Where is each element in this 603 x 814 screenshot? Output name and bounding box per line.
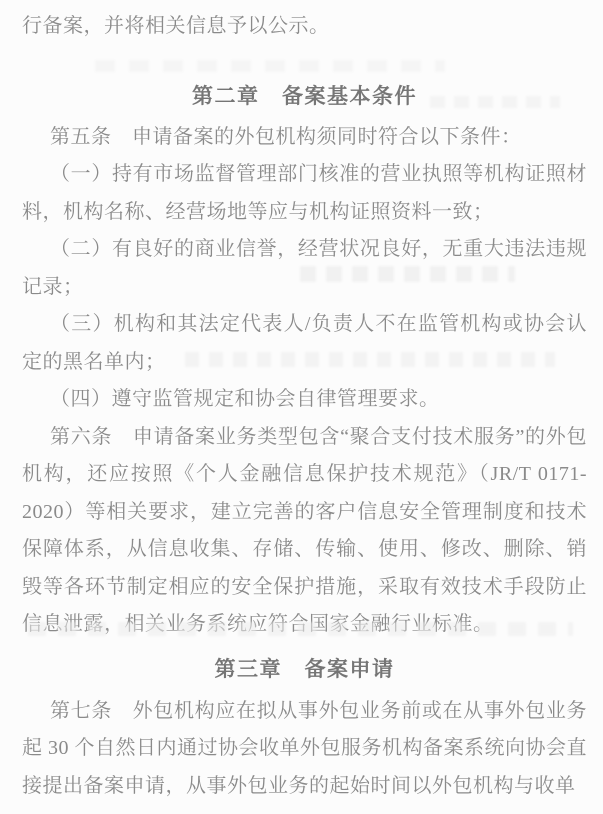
chapter-3-body: 第七条 外包机构应在拟从事外包业务前或在从事外包业务起 30 个自然日内通过协会…: [22, 693, 587, 806]
article-5-item-2: （二）有良好的商业信誉，经营状况良好，无重大违法违规记录；: [22, 231, 587, 306]
article-6-text: 第六条 申请备案业务类型包含“聚合支付技术服务”的外包机构，还应按照《个人金融信…: [22, 419, 587, 644]
chapter-2-body: 第五条 申请备案的外包机构须同时符合以下条件： （一）持有市场监督管理部门核准的…: [22, 119, 587, 644]
scanned-document-page: 行备案，并将相关信息予以公示。 第二章 备案基本条件 第五条 申请备案的外包机构…: [0, 0, 603, 814]
article-5-item-4: （四）遵守监管规定和协会自律管理要求。: [22, 381, 587, 419]
continuation-paragraph: 行备案，并将相关信息予以公示。: [22, 8, 587, 46]
chapter-2-heading: 第二章 备案基本条件: [22, 83, 587, 111]
article-5-item-3: （三）机构和其法定代表人/负责人不在监管机构或协会认定的黑名单内；: [22, 306, 587, 381]
article-5-text: 第五条 申请备案的外包机构须同时符合以下条件：: [22, 119, 587, 157]
chapter-3-heading: 第三章 备案申请: [22, 656, 587, 684]
article-5-item-1: （一）持有市场监督管理部门核准的营业执照等机构证照材料，机构名称、经营场地等应与…: [22, 156, 587, 231]
bleed-through-artifact: [95, 60, 445, 72]
article-7-text: 第七条 外包机构应在拟从事外包业务前或在从事外包业务起 30 个自然日内通过协会…: [22, 693, 587, 806]
